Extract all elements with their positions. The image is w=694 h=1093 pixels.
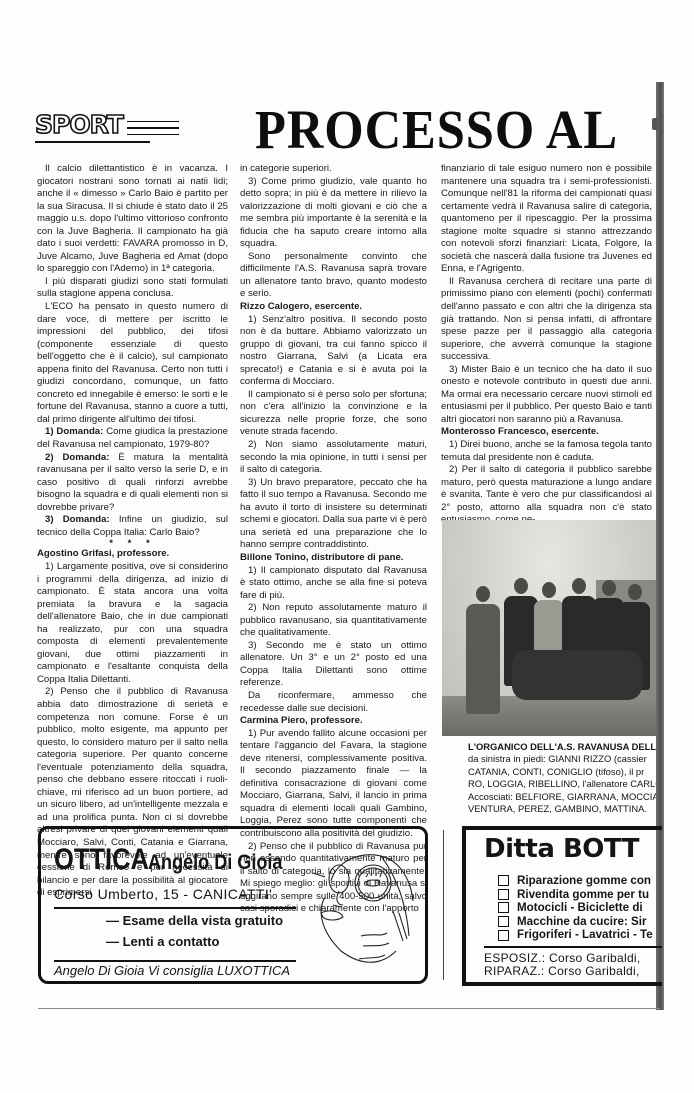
article-column-1: Il calcio dilettantistico è in vacanza. … <box>37 163 228 900</box>
player-head <box>602 580 616 596</box>
question-label: 3) Domanda: <box>45 514 110 525</box>
team-photo <box>442 520 656 736</box>
caption-line: RO, LOGGIA, RIBELLINO, l'allenatore CARL… <box>468 778 656 790</box>
section-label-text: SPORT <box>35 113 123 137</box>
ditta-advertisement: Ditta BOTT Riparazione gomme con Rivendi… <box>462 826 662 986</box>
player-head <box>542 582 556 598</box>
answer: 2) Non reputo assolutamente maturo il pu… <box>240 602 427 640</box>
face-with-monocle-icon <box>311 841 421 976</box>
ad-address: Corso Umberto, 15 - CANICATTI' <box>54 886 272 902</box>
answer: 1) Direi buono, anche se la famosa tegol… <box>441 439 652 464</box>
paragraph: in categorie superiori. <box>240 163 427 176</box>
ad-divider <box>54 907 296 909</box>
checkbox-icon <box>498 930 509 941</box>
player-head <box>628 584 642 600</box>
ad-service: — Lenti a contatto <box>106 934 219 949</box>
interviewee-name: Rizzo Calogero, esercente. <box>240 301 427 314</box>
paragraph: Il Ravanusa cercherà di recitare una par… <box>441 276 652 364</box>
answer: 3) Mister Baio è un tecnico che ha dato … <box>441 364 652 427</box>
ad-service-item: Macchine da cucire: Sir <box>498 915 653 929</box>
gutter-tear <box>652 118 658 130</box>
paragraph: L'ECO ha pensato in questo numero di dar… <box>37 301 228 426</box>
ad-service-text: Riparazione gomme con <box>517 874 651 888</box>
paragraph: Da riconfermare, ammesso che recedesse d… <box>240 690 427 715</box>
caption-line: da sinistra in piedi: GIANNI RIZZO (cass… <box>468 753 656 765</box>
page-headline: PROCESSO AL <box>255 100 618 160</box>
answer: 3) Come primo giudizio, vale quanto ho d… <box>240 176 427 251</box>
answer: 1) Largamente positiva, ove si consideri… <box>37 561 228 686</box>
section-label: SPORT <box>35 113 179 137</box>
question-2: 2) Domanda: È matura la mentalità ravanu… <box>37 452 228 515</box>
ad-service-list: Riparazione gomme con Rivendita gomme pe… <box>498 874 653 942</box>
person-standing <box>466 604 500 714</box>
interviewee-name: Carmina Piero, professore. <box>240 715 427 728</box>
answer: 2) Non siamo assolutamente maturi, secon… <box>240 439 427 477</box>
answer: 3) Secondo me è stato un ottimo allenato… <box>240 640 427 690</box>
answer: 1) Pur avendo fallito alcune occasioni p… <box>240 728 427 841</box>
caption-title: L'ORGANICO DELL'A.S. RAVANUSA DELLA <box>468 741 656 753</box>
checkbox-icon <box>498 875 509 886</box>
ad-brand-main: OTTICA <box>54 843 149 877</box>
paragraph: Il calcio dilettantistico è in vacanza. … <box>37 163 228 276</box>
question-3: 3) Domanda: Infine un giudizio, sul tecn… <box>37 514 228 539</box>
player-head <box>514 578 528 594</box>
article-column-3: finanziario di tale esiguo numero non è … <box>441 163 652 527</box>
section-label-rules <box>127 116 179 136</box>
ad-service-text: Rivendita gomme per tu <box>517 888 649 902</box>
interviewee-name: Agostino Grifasi, professore. <box>37 548 228 561</box>
checkbox-icon <box>498 916 509 927</box>
interviewee-name: Monterosso Francesco, esercente. <box>441 426 652 439</box>
question-label: 1) Domanda: <box>45 426 103 437</box>
ad-service-text: Frigoriferi - Lavatrici - Te <box>517 928 653 942</box>
ad-address: RIPARAZ.: Corso Garibaldi, <box>484 965 641 978</box>
ad-service-text: Motocicli - Biciclette di <box>517 901 643 915</box>
paragraph: I più disparati giudizi sono stati formu… <box>37 276 228 301</box>
caption-line: CATANIA, CONTI, CONIGLIO (tifoso), il pr <box>468 766 656 778</box>
paragraph: Il campionato si è perso solo per sfortu… <box>240 389 427 439</box>
ad-service-text: Macchine da cucire: Sir <box>517 915 647 929</box>
checkbox-icon <box>498 902 509 913</box>
caption-line: Accosciati: BELFIORE, GIARRANA, MOCCIA <box>468 791 656 803</box>
ad-service-item: Rivendita gomme per tu <box>498 888 653 902</box>
paragraph: Sono personalmente convinto che difficil… <box>240 251 427 301</box>
section-separator: * * * <box>37 539 228 548</box>
ad-service-item: Frigoriferi - Lavatrici - Te <box>498 928 653 942</box>
article-column-2: in categorie superiori. 3) Come primo gi… <box>240 163 427 916</box>
ad-title: Ditta BOTT <box>484 834 639 864</box>
ad-service-item: Motocicli - Biciclette di <box>498 901 653 915</box>
player-head <box>476 586 490 602</box>
answer: 2) Per il salto di categoria il pubblico… <box>441 464 652 527</box>
question-1: 1) Domanda: Come giudica la prestazione … <box>37 426 228 451</box>
ad-divider <box>484 946 662 948</box>
question-label: 2) Domanda: <box>45 452 109 463</box>
ad-brand: OTTICA Angelo Di Gioia <box>54 843 304 877</box>
answer: 1) Senz'altro positiva. Il secondo posto… <box>240 314 427 389</box>
ad-divider <box>54 960 296 962</box>
section-underline <box>35 141 150 143</box>
answer: 1) Il campionato disputato dal Ravanusa … <box>240 565 427 603</box>
ad-brand-name: Angelo Di Gioia <box>148 851 282 875</box>
caption-line: VENTURA, PEREZ, GAMBINO, MATTINA. <box>468 803 656 815</box>
paragraph: finanziario di tale esiguo numero non è … <box>441 163 652 276</box>
players-crouching <box>512 650 642 700</box>
ad-service-item: Riparazione gomme con <box>498 874 653 888</box>
photo-caption: L'ORGANICO DELL'A.S. RAVANUSA DELLA da s… <box>468 741 656 815</box>
ad-slogan: Angelo Di Gioia Vi consiglia LUXOTTICA <box>54 963 290 978</box>
ad-addresses: ESPOSIZ.: Corso Garibaldi, RIPARAZ.: Cor… <box>484 952 641 978</box>
interviewee-name: Billone Tonino, distributore di pane. <box>240 552 427 565</box>
ottica-advertisement: OTTICA Angelo Di Gioia Corso Umberto, 15… <box>38 826 428 984</box>
ad-service: — Esame della vista gratuito <box>106 913 283 928</box>
answer: 3) Un bravo preparatore, peccato che ha … <box>240 477 427 552</box>
page-bottom-rule <box>38 1008 660 1009</box>
player-head <box>572 578 586 594</box>
ad-separator <box>443 830 444 980</box>
checkbox-icon <box>498 889 509 900</box>
